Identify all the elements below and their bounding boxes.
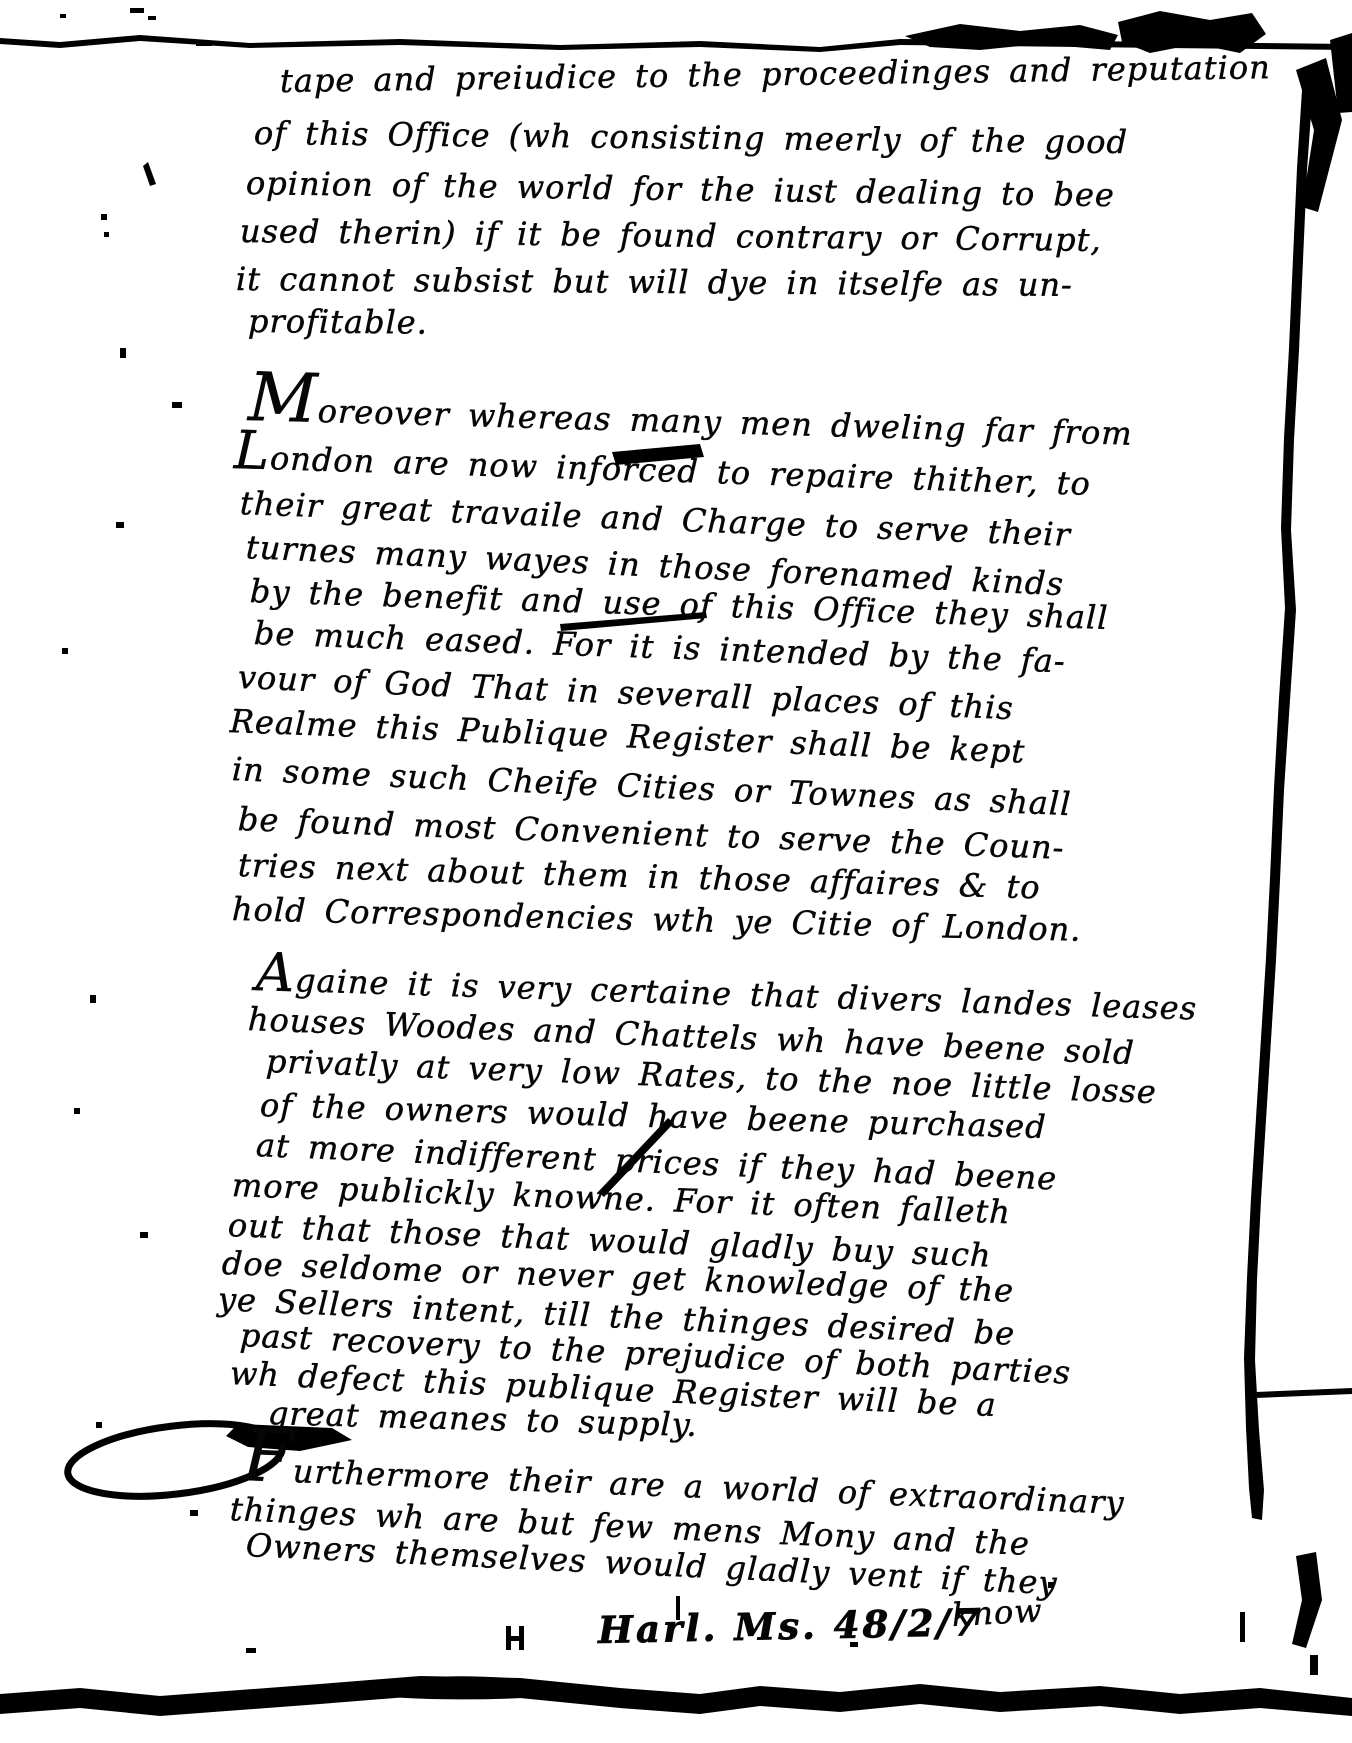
manuscript-line: profitable.: [248, 304, 428, 341]
edge-tick: [1256, 1388, 1352, 1398]
scan-edge-right: [1244, 86, 1313, 1520]
catalog-reference: Harl. Ms. 48/2/7: [598, 1604, 983, 1649]
manuscript-line: it cannot subsist but will dye in itself…: [236, 262, 1073, 303]
edge-mark: [1292, 1552, 1322, 1648]
stray-mark: [506, 1626, 524, 1650]
top-smudge: [905, 24, 1118, 50]
manuscript-page: tape and preiudice to the proceedinges a…: [0, 0, 1352, 1743]
scan-edge-bottom: [0, 1676, 1352, 1716]
